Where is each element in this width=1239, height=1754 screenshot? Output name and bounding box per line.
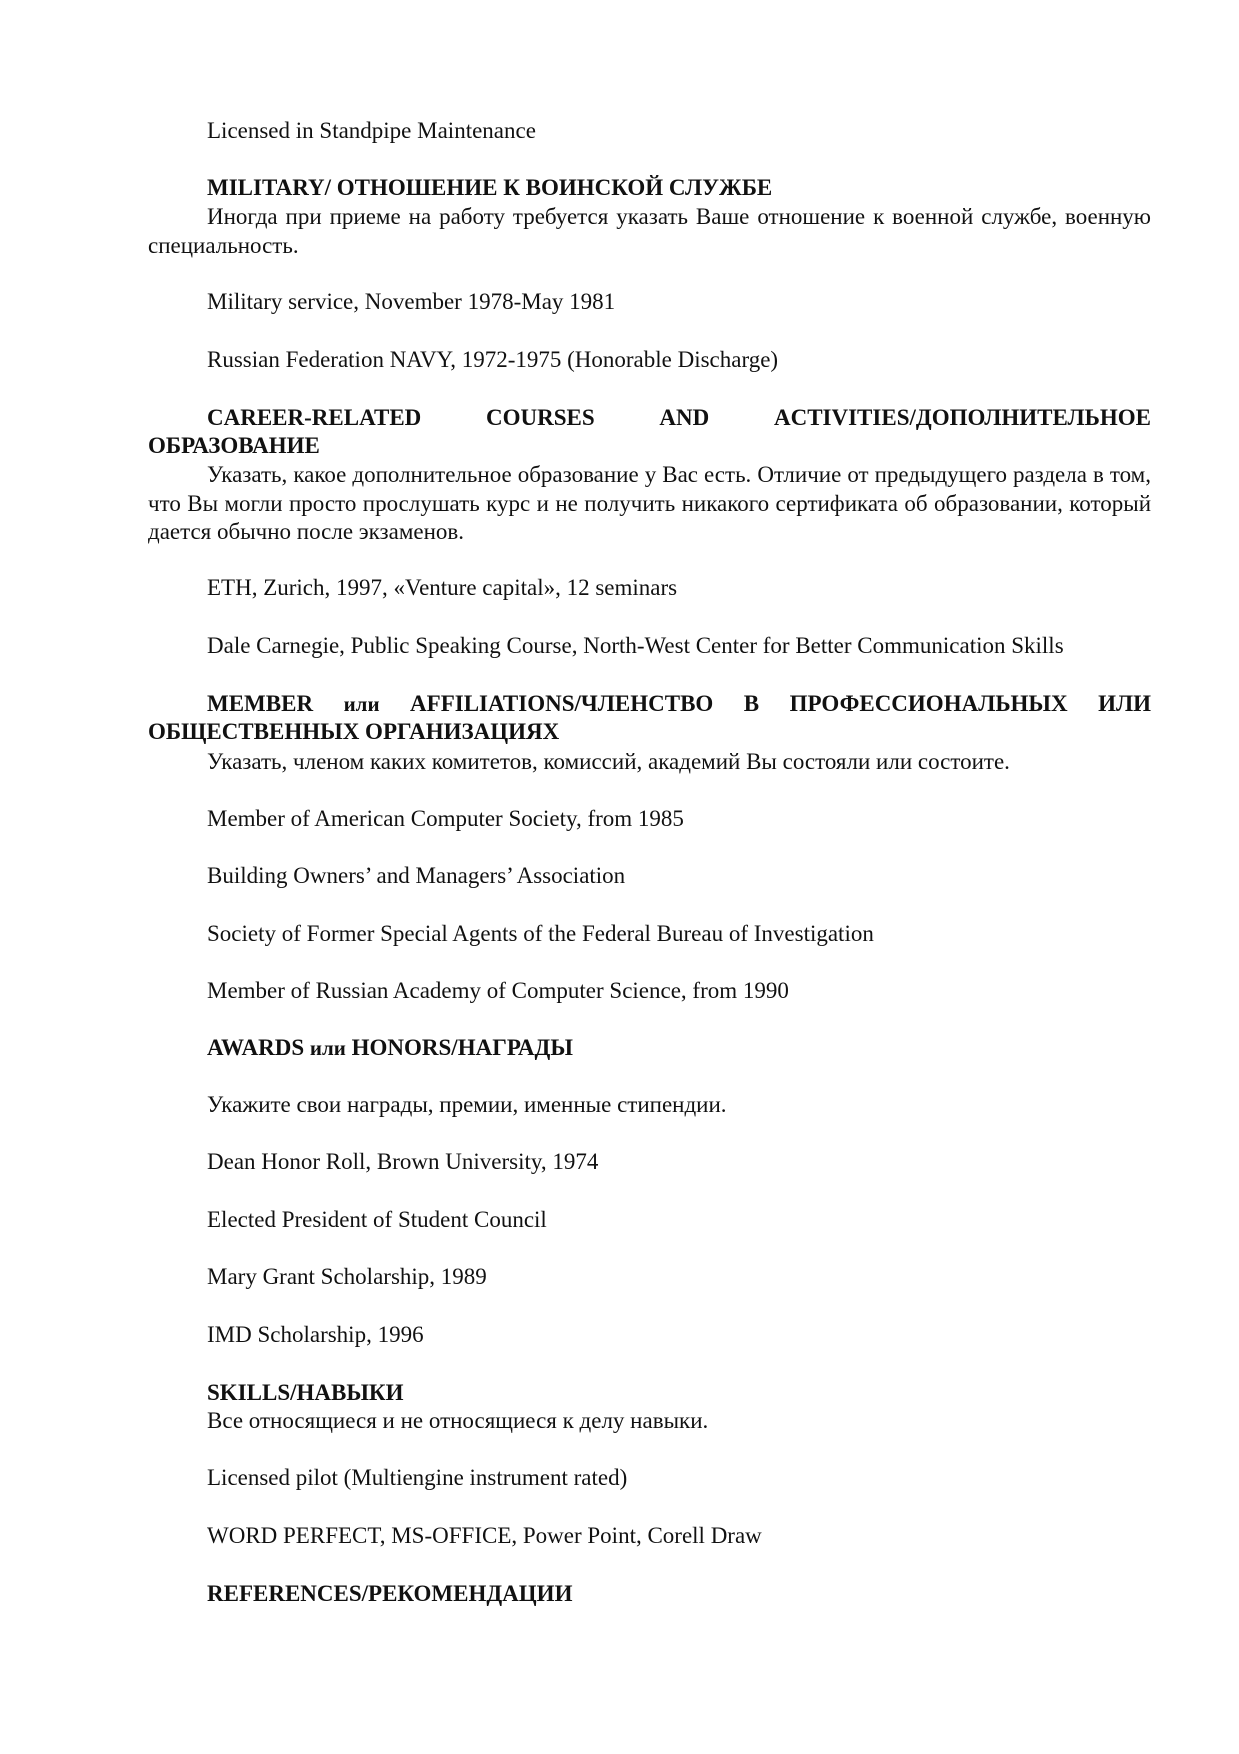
courses-heading-word: AND [659, 404, 709, 432]
skill-item: Licensed pilot (Multiengine instrument r… [148, 1464, 1151, 1492]
military-heading: MILITARY/ ОТНОШЕНИЕ К ВОИНСКОЙ СЛУЖБЕ [148, 174, 1151, 202]
military-description: Иногда при приеме на работу требуется ук… [148, 203, 1151, 260]
military-item: Military service, November 1978-May 1981 [148, 288, 1151, 316]
membership-item: Member of American Computer Society, fro… [148, 805, 1151, 833]
award-item: Elected President of Student Council [148, 1206, 1151, 1234]
awards-description: Укажите свои награды, премии, именные ст… [148, 1091, 1151, 1119]
military-item: Russian Federation NAVY, 1972-1975 (Hono… [148, 346, 1151, 374]
courses-heading-word: ACTIVITIES/ДОПОЛНИТЕЛЬНОЕ [774, 404, 1151, 432]
intro-line: Licensed in Standpipe Maintenance [148, 117, 1151, 145]
membership-heading-or: или [344, 692, 380, 716]
awards-heading-or: или [310, 1036, 346, 1060]
awards-heading: AWARDS или HONORS/НАГРАДЫ [148, 1034, 1151, 1062]
course-item: ETH, Zurich, 1997, «Venture capital», 12… [148, 574, 1151, 602]
membership-item: Building Owners’ and Managers’ Associati… [148, 862, 1151, 890]
courses-heading-word: COURSES [486, 404, 595, 432]
courses-heading-line2: ОБРАЗОВАНИЕ [148, 432, 1151, 460]
course-item: Dale Carnegie, Public Speaking Course, N… [148, 632, 1151, 660]
courses-heading-word: CAREER-RELATED [207, 404, 421, 432]
membership-item: Member of Russian Academy of Computer Sc… [148, 977, 1151, 1005]
awards-heading-part2: HONORS/НАГРАДЫ [352, 1035, 573, 1060]
skills-heading: SKILLS/НАВЫКИ [148, 1379, 1151, 1407]
awards-heading-part1: AWARDS [207, 1035, 304, 1060]
membership-item: Society of Former Special Agents of the … [148, 920, 1151, 948]
membership-description: Указать, членом каких комитетов, комисси… [148, 748, 1151, 776]
award-item: Mary Grant Scholarship, 1989 [148, 1263, 1151, 1291]
courses-description: Указать, какое дополнительное образовани… [148, 461, 1151, 547]
skills-description: Все относящиеся и не относящиеся к делу … [148, 1407, 1151, 1435]
references-heading: REFERENCES/РЕКОМЕНДАЦИИ [148, 1580, 1151, 1608]
award-item: Dean Honor Roll, Brown University, 1974 [148, 1148, 1151, 1176]
membership-heading-part1: MEMBER [207, 691, 313, 716]
courses-heading: CAREER-RELATED COURSES AND ACTIVITIES/ДО… [148, 404, 1151, 432]
award-item: IMD Scholarship, 1996 [148, 1321, 1151, 1349]
membership-heading: MEMBER или AFFILIATIONS/ЧЛЕНСТВО В ПРОФЕ… [148, 690, 1151, 746]
skill-item: WORD PERFECT, MS-OFFICE, Power Point, Co… [148, 1522, 1151, 1550]
